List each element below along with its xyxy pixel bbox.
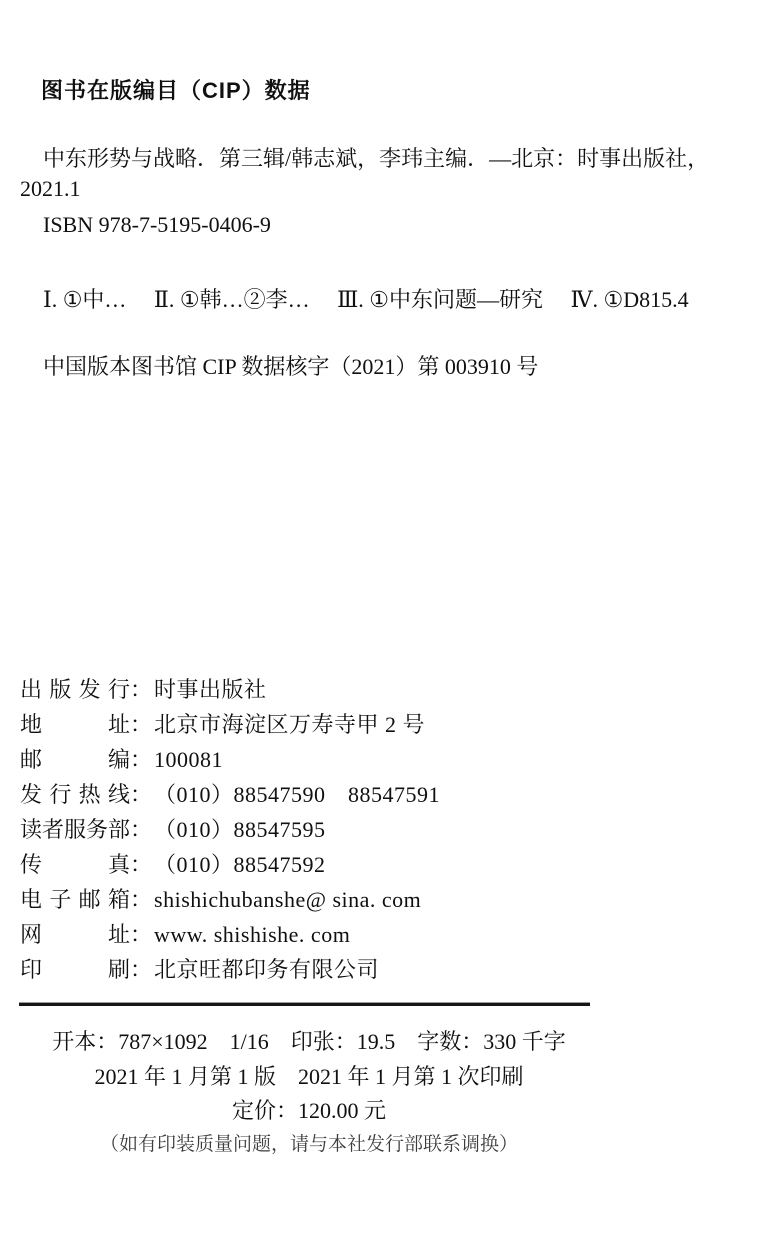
row-label: 邮编 (20, 742, 130, 777)
row-label: 电子邮箱 (20, 882, 130, 917)
row-value: www. shishishe. com (152, 917, 350, 952)
publisher-row-postcode: 邮编：100081 (20, 742, 440, 777)
publisher-row-printer: 印刷：北京旺都印务有限公司 (20, 952, 440, 987)
publisher-row-publishing: 出版发行：时事出版社 (20, 672, 440, 707)
row-value: 北京市海淀区万寿寺甲 2 号 (152, 707, 425, 742)
row-label: 传真 (20, 847, 130, 882)
publisher-row-sales-hotline: 发行热线：（010）88547590 88547591 (20, 777, 440, 812)
publisher-info-block: 出版发行：时事出版社 地址：北京市海淀区万寿寺甲 2 号 邮编：100081 发… (20, 672, 440, 987)
cip-record-line: 中国版本图书馆 CIP 数据核字（2021）第 003910 号 (43, 350, 538, 381)
publisher-row-address: 地址：北京市海淀区万寿寺甲 2 号 (20, 707, 440, 742)
divider-rule (19, 1002, 590, 1006)
publisher-row-reader-service: 读者服务部：（010）88547595 (20, 812, 440, 847)
row-value: 时事出版社 (152, 672, 267, 707)
book-entry-line1: 中东形势与战略．第三辑/韩志斌，李玮主编．—北京：时事出版社， (43, 142, 709, 173)
publisher-row-fax: 传真：（010）88547592 (20, 847, 440, 882)
printing-info-block: 开本：787×1092 1/16 印张：19.5 字数：330 千字 2021 … (20, 1024, 598, 1158)
row-colon: ： (130, 847, 152, 882)
row-label: 出版发行 (20, 672, 130, 707)
row-colon: ： (130, 917, 152, 952)
row-label: 印刷 (20, 952, 130, 987)
row-value: （010）88547592 (152, 847, 326, 882)
row-label: 地址 (20, 707, 130, 742)
format-spec-line: 开本：787×1092 1/16 印张：19.5 字数：330 千字 (20, 1024, 598, 1060)
row-label: 网址 (20, 917, 130, 952)
row-label: 发行热线 (20, 777, 130, 812)
cip-classification-line: Ⅰ. ①中… Ⅱ. ①韩…②李… Ⅲ. ①中东问题—研究 Ⅳ. ①D815.4 (43, 283, 689, 314)
row-value: （010）88547590 88547591 (152, 777, 440, 812)
row-value: 北京旺都印务有限公司 (152, 952, 379, 987)
row-colon: ： (130, 812, 152, 847)
publisher-row-website: 网址：www. shishishe. com (20, 917, 440, 952)
edition-line: 2021 年 1 月第 1 版 2021 年 1 月第 1 次印刷 (20, 1060, 598, 1094)
price-line: 定价：120.00 元 (20, 1094, 598, 1128)
publisher-row-email: 电子邮箱：shishichubanshe@ sina. com (20, 882, 440, 917)
row-colon: ： (130, 672, 152, 707)
row-value: 100081 (152, 742, 223, 777)
row-colon: ： (130, 707, 152, 742)
row-colon: ： (130, 952, 152, 987)
cip-header: 图书在版编目（CIP）数据 (41, 74, 311, 105)
copyright-page: 图书在版编目（CIP）数据 中东形势与战略．第三辑/韩志斌，李玮主编．—北京：时… (0, 0, 757, 1247)
row-colon: ： (130, 777, 152, 812)
book-entry-line2: 2021.1 (20, 176, 81, 202)
row-colon: ： (130, 882, 152, 917)
row-value: （010）88547595 (152, 812, 326, 847)
row-label: 读者服务部 (20, 812, 130, 847)
row-value: shishichubanshe@ sina. com (152, 882, 421, 917)
row-colon: ： (130, 742, 152, 777)
quality-note-line: （如有印装质量问题，请与本社发行部联系调换） (20, 1132, 598, 1158)
isbn-line: ISBN 978-7-5195-0406-9 (43, 212, 271, 238)
